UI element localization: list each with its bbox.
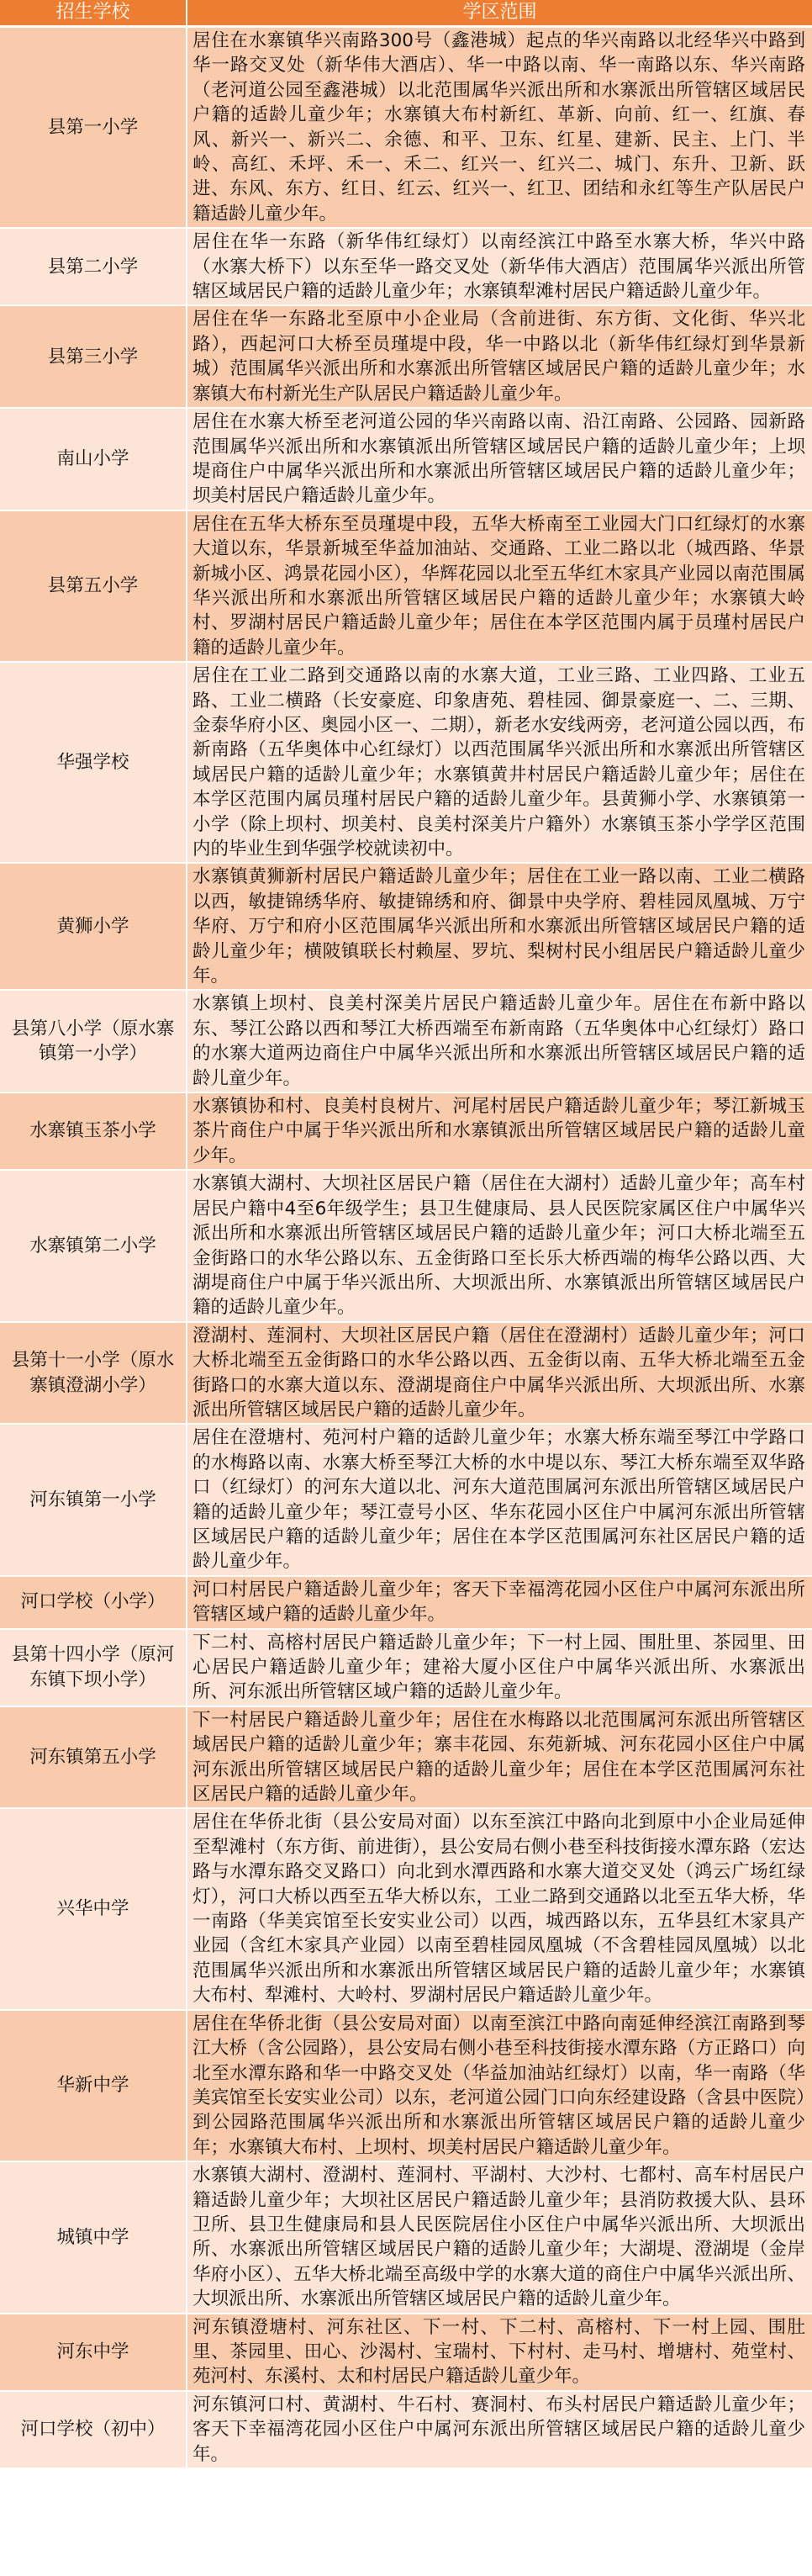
table-row: 河东中学河东镇澄塘村、河东社区、下一村、下二村、高榕村、下一村上园、围肚里、茶园… — [0, 2314, 812, 2391]
header-range: 学区范围 — [187, 0, 812, 27]
district-range-cell: 水寨镇协和村、良美村良树片、河尾村居民户籍适龄儿童少年；琴江新城玉茶片商住户中属… — [187, 1092, 812, 1170]
table-row: 城镇中学水寨镇大湖村、澄湖村、莲洞村、平湖村、大沙村、七都村、高车村居民户籍适龄… — [0, 2161, 812, 2313]
district-range-cell: 居住在工业二路到交通路以南的水寨大道，工业三路、工业四路、工业五路、工业二横路（… — [187, 662, 812, 863]
district-range-cell: 居住在五华大桥东至员瑾堤中段，五华大桥南至工业园大门口红绿灯的水寨大道以东，华景… — [187, 510, 812, 662]
district-range-cell: 居住在华侨北街（县公安局对面）以东至滨江中路向北到原中小企业局延伸至犁滩村（东方… — [187, 1808, 812, 2009]
table-row: 河口学校（初中）河东镇河口村、黄湖村、牛石村、赛洞村、布头村居民户籍适龄儿童少年… — [0, 2391, 812, 2468]
school-name-cell: 黄狮小学 — [0, 863, 187, 990]
table-row: 兴华中学居住在华侨北街（县公安局对面）以东至滨江中路向北到原中小企业局延伸至犁滩… — [0, 1808, 812, 2009]
school-name-cell: 河东中学 — [0, 2314, 187, 2391]
table-row: 县第五小学居住在五华大桥东至员瑾堤中段，五华大桥南至工业园大门口红绿灯的水寨大道… — [0, 510, 812, 662]
school-district-table: 招生学校 学区范围 县第一小学居住在水寨镇华兴南路300号（鑫港城）起点的华兴南… — [0, 0, 812, 2469]
school-name-cell: 华新中学 — [0, 2010, 187, 2161]
district-range-cell: 居住在华一东路北至原中小企业局（含前进街、东方街、文化街、华兴北路），西起河口大… — [187, 305, 812, 408]
table-row: 河东镇第五小学下一村居民户籍适龄儿童少年；居住在水梅路以北范围属河东派出所管辖区… — [0, 1706, 812, 1809]
school-name-cell: 兴华中学 — [0, 1808, 187, 2009]
school-name-cell: 县第三小学 — [0, 305, 187, 408]
district-range-cell: 居住在水寨镇华兴南路300号（鑫港城）起点的华兴南路以北经华兴中路到华一路交叉处… — [187, 27, 812, 229]
table-row: 黄狮小学水寨镇黄狮新村居民户籍适龄儿童少年；居住在工业一路以南、工业二横路以西，… — [0, 863, 812, 990]
table-row: 县第八小学（原水寨镇第一小学）水寨镇上坝村、良美村深美片居民户籍适龄儿童少年。居… — [0, 990, 812, 1092]
district-range-cell: 居住在水寨大桥至老河道公园的华兴南路以南、沿江南路、公园路、园新路范围属华兴派出… — [187, 408, 812, 510]
school-name-cell: 县第十四小学（原河东镇下坝小学） — [0, 1629, 187, 1706]
school-name-cell: 县第五小学 — [0, 510, 187, 662]
table-body: 县第一小学居住在水寨镇华兴南路300号（鑫港城）起点的华兴南路以北经华兴中路到华… — [0, 27, 812, 2469]
school-name-cell: 华强学校 — [0, 662, 187, 863]
district-range-cell: 下二村、高榕村居民户籍适龄儿童少年；下一村上园、围肚里、茶园里、田心居民户籍适龄… — [187, 1629, 812, 1706]
district-range-cell: 水寨镇大湖村、澄湖村、莲洞村、平湖村、大沙村、七都村、高车村居民户籍适龄儿童少年… — [187, 2161, 812, 2313]
header-school: 招生学校 — [0, 0, 187, 27]
district-range-cell: 水寨镇大湖村、大坝社区居民户籍（居住在大湖村）适龄儿童少年；高车村居民户籍中4至… — [187, 1170, 812, 1321]
table-row: 华新中学居住在华侨北街（县公安局对面）以南至滨江中路向南延伸经滨江南路到琴江大桥… — [0, 2010, 812, 2161]
district-range-cell: 居住在华一东路（新华伟红绿灯）以南经滨江中路至水寨大桥，华兴中路（水寨大桥下）以… — [187, 228, 812, 305]
table-row: 河口学校（小学）河口村居民户籍适龄儿童少年；客天下幸福湾花园小区住户中属河东派出… — [0, 1576, 812, 1629]
table-row: 县第三小学居住在华一东路北至原中小企业局（含前进街、东方街、文化街、华兴北路），… — [0, 305, 812, 408]
school-name-cell: 县第十一小学（原水寨镇澄湖小学） — [0, 1322, 187, 1425]
district-range-cell: 水寨镇上坝村、良美村深美片居民户籍适龄儿童少年。居住在布新中路以东、琴江公路以西… — [187, 990, 812, 1092]
district-range-cell: 河东镇澄塘村、河东社区、下一村、下二村、高榕村、下一村上园、围肚里、茶园里、田心… — [187, 2314, 812, 2391]
table-row: 县第二小学居住在华一东路（新华伟红绿灯）以南经滨江中路至水寨大桥，华兴中路（水寨… — [0, 228, 812, 305]
school-name-cell: 河口学校（初中） — [0, 2391, 187, 2468]
table-row: 南山小学居住在水寨大桥至老河道公园的华兴南路以南、沿江南路、公园路、园新路范围属… — [0, 408, 812, 510]
school-name-cell: 河口学校（小学） — [0, 1576, 187, 1629]
district-range-cell: 居住在华侨北街（县公安局对面）以南至滨江中路向南延伸经滨江南路到琴江大桥（含公园… — [187, 2010, 812, 2161]
school-name-cell: 河东镇第五小学 — [0, 1706, 187, 1809]
school-name-cell: 城镇中学 — [0, 2161, 187, 2313]
district-range-cell: 河口村居民户籍适龄儿童少年；客天下幸福湾花园小区住户中属河东派出所管辖区域户籍的… — [187, 1576, 812, 1629]
school-name-cell: 河东镇第一小学 — [0, 1424, 187, 1575]
school-name-cell: 县第一小学 — [0, 27, 187, 229]
district-range-cell: 居住在澄塘村、苑河村户籍的适龄儿童少年；水寨大桥东端至琴江中学路口的水梅路以南、… — [187, 1424, 812, 1575]
district-range-cell: 澄湖村、莲洞村、大坝社区居民户籍（居住在澄湖村）适龄儿童少年；河口大桥北端至五金… — [187, 1322, 812, 1425]
school-name-cell: 南山小学 — [0, 408, 187, 510]
school-name-cell: 水寨镇第二小学 — [0, 1170, 187, 1321]
district-range-cell: 河东镇河口村、黄湖村、牛石村、赛洞村、布头村居民户籍适龄儿童少年；客天下幸福湾花… — [187, 2391, 812, 2468]
table-header-row: 招生学校 学区范围 — [0, 0, 812, 27]
school-name-cell: 水寨镇玉茶小学 — [0, 1092, 187, 1170]
table-row: 县第十四小学（原河东镇下坝小学）下二村、高榕村居民户籍适龄儿童少年；下一村上园、… — [0, 1629, 812, 1706]
table-row: 水寨镇第二小学水寨镇大湖村、大坝社区居民户籍（居住在大湖村）适龄儿童少年；高车村… — [0, 1170, 812, 1321]
table-row: 华强学校居住在工业二路到交通路以南的水寨大道，工业三路、工业四路、工业五路、工业… — [0, 662, 812, 863]
table-row: 水寨镇玉茶小学水寨镇协和村、良美村良树片、河尾村居民户籍适龄儿童少年；琴江新城玉… — [0, 1092, 812, 1170]
table-row: 县第十一小学（原水寨镇澄湖小学）澄湖村、莲洞村、大坝社区居民户籍（居住在澄湖村）… — [0, 1322, 812, 1425]
table-row: 河东镇第一小学居住在澄塘村、苑河村户籍的适龄儿童少年；水寨大桥东端至琴江中学路口… — [0, 1424, 812, 1575]
school-name-cell: 县第二小学 — [0, 228, 187, 305]
school-name-cell: 县第八小学（原水寨镇第一小学） — [0, 990, 187, 1092]
table-row: 县第一小学居住在水寨镇华兴南路300号（鑫港城）起点的华兴南路以北经华兴中路到华… — [0, 27, 812, 229]
district-range-cell: 水寨镇黄狮新村居民户籍适龄儿童少年；居住在工业一路以南、工业二横路以西，敏捷锦绣… — [187, 863, 812, 990]
district-range-cell: 下一村居民户籍适龄儿童少年；居住在水梅路以北范围属河东派出所管辖区域居民户籍的适… — [187, 1706, 812, 1809]
